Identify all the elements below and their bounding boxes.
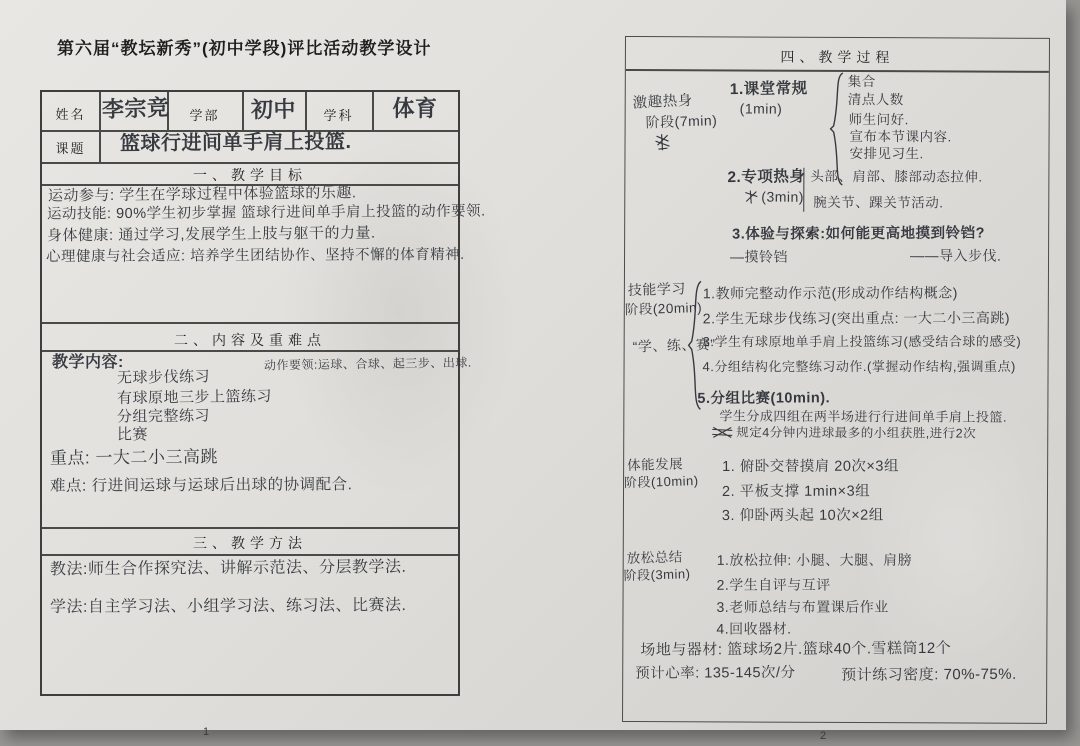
- topic-label: 课题: [42, 138, 99, 157]
- warmup-stage-time: 阶段(7min): [645, 112, 717, 130]
- skill-stage-label: 技能学习: [628, 280, 686, 298]
- teaching-methods-line: 教法:师生合作探究法、讲解示范法、分层教学法.: [50, 559, 407, 580]
- cooldown-stage-time: 阶段(3min): [623, 567, 690, 584]
- table-line: [42, 554, 458, 556]
- cooldown-item: 3.老师总结与布置课后作业: [717, 599, 889, 615]
- skill-step: 5.分组比赛(10min).: [697, 390, 830, 407]
- fitness-item: 1. 俯卧交替摸肩 20次×3组: [722, 459, 899, 476]
- routine-item-time: (1min): [740, 101, 783, 117]
- name-value: 李宗竞: [102, 95, 168, 123]
- dept-value: 初中: [242, 96, 305, 122]
- document-title: 第六届“教坛新秀”(初中学段)评比活动教学设计: [57, 34, 431, 59]
- content-item: 无球步伐练习: [117, 368, 210, 387]
- content-item: 有球原地三步上篮练习: [117, 388, 272, 407]
- topic-value: 篮球行进间单手肩上投篮.: [120, 131, 352, 156]
- name-label: 姓名: [42, 104, 99, 123]
- density-line: 预计练习密度: 70%-75%.: [841, 666, 1017, 684]
- skill-step: 2.学生无球步伐练习(突出重点: 一大二小三高跳): [703, 310, 1010, 327]
- cooldown-stage-label: 放松总结: [626, 549, 682, 566]
- table-line: [42, 350, 458, 352]
- section1-heading: 一、教学目标: [42, 165, 458, 185]
- routine-step: 宣布本节课内容.: [850, 129, 952, 145]
- table-line: [42, 162, 458, 164]
- cooldown-item: 1.放松拉伸: 小腿、大腿、肩膀: [717, 552, 912, 568]
- equipment-line: 场地与器材: 篮球场2片.篮球40个.雪糕筒12个: [640, 640, 951, 659]
- section2-heading: 二、内容及重难点: [42, 330, 458, 350]
- scribble-mark: [743, 190, 759, 206]
- routine-step: 安排见习生.: [849, 146, 923, 162]
- table-line: [42, 322, 458, 324]
- page-1: 第六届“教坛新秀”(初中学段)评比活动教学设计 姓名 李宗竞 学部 初中 学科 …: [0, 0, 520, 746]
- lesson-plan-table: 姓名 李宗竞 学部 初中 学科 体育 课题 篮球行进间单手肩上投篮. 一、教学目…: [40, 90, 460, 696]
- specific-warmup-title: 2.专项热身: [727, 168, 805, 187]
- action-key-note: 动作要领:运球、合球、起三步、出球.: [264, 357, 472, 374]
- scribble-mark: [653, 133, 671, 153]
- routine-step: 集合: [848, 74, 876, 90]
- routine-item-title: 1.课堂常规: [730, 80, 808, 99]
- page2-number: 2: [820, 730, 826, 742]
- specific-warmup-note: 腕关节、踝关节活动.: [813, 195, 943, 211]
- explore-right-note: ——导入步伐.: [910, 247, 1001, 263]
- subject-value: 体育: [372, 96, 458, 121]
- objective-line: 身体健康: 通过学习,发展学生上肢与躯干的力量.: [47, 225, 376, 245]
- table-line: [42, 527, 458, 529]
- skill-game-note: 规定4分钟内进球最多的小组获胜,进行2次: [736, 425, 976, 440]
- objective-line: 运动参与: 学生在学球过程中体验篮球的乐趣.: [48, 184, 357, 204]
- content-item: 分组完整练习: [117, 408, 210, 426]
- heart-rate-line: 预计心率: 135-145次/分: [635, 665, 795, 683]
- cooldown-item: 4.回收器材.: [716, 621, 791, 637]
- warmup-stage-label: 激趣热身: [632, 93, 693, 113]
- explore-left-note: —摸铃铛: [730, 248, 788, 264]
- emphasis-line: 重点: 一大二小三高跳: [50, 447, 218, 468]
- objective-line: 运动技能: 90%学生初步掌握 篮球行进间单手肩上投篮的动作要领.: [47, 203, 486, 223]
- scribble-mark: [710, 425, 734, 440]
- divider-stroke: [803, 168, 804, 212]
- fitness-stage-label: 体能发展: [627, 456, 683, 473]
- difficulty-line: 难点: 行进间运球与运球后出球的协调配合.: [50, 476, 353, 495]
- content-label: 教学内容:: [52, 354, 124, 372]
- subject-label: 学科: [305, 105, 372, 124]
- dept-label: 学部: [167, 105, 242, 124]
- routine-step: 师生问好.: [849, 112, 909, 128]
- section4-heading: 四、教学过程: [626, 46, 1049, 68]
- skill-step: 4.分组结构化完整练习动作.(掌握动作结构,强调重点): [703, 360, 1016, 375]
- skill-step: 3.学生有球原地单手肩上投篮练习(感受结合球的感受): [703, 335, 1022, 350]
- routine-step: 清点人数: [848, 92, 904, 108]
- table-line: [99, 92, 101, 162]
- learning-methods-line: 学法:自主学习法、小组学习法、练习法、比赛法.: [50, 597, 406, 617]
- specific-warmup-time: (3min): [761, 189, 804, 205]
- specific-warmup-note: 头部、肩部、膝部动态拉伸.: [810, 169, 982, 185]
- page1-number: 1: [203, 726, 209, 738]
- content-item: 比赛: [117, 426, 148, 443]
- page-2: 四、教学过程 激趣热身 阶段(7min) 1.课堂常规 (1min) 集合 清点…: [622, 36, 1050, 724]
- explore-item-title: 3.体验与探索:如何能更高地摸到铃铛?: [732, 225, 985, 243]
- skill-step: 1.教师完整动作示范(形成动作结构概念): [703, 285, 958, 302]
- fitness-item: 3. 仰卧两头起 10次×2组: [722, 508, 884, 525]
- objective-line: 心理健康与社会适应: 培养学生团结协作、坚持不懈的体育精神.: [46, 247, 465, 266]
- fitness-item: 2. 平板支撑 1min×3组: [722, 484, 870, 501]
- fitness-stage-time: 阶段(10min): [624, 474, 699, 491]
- cooldown-item: 2.学生自评与互评: [717, 577, 831, 593]
- section3-heading: 三、教学方法: [42, 533, 458, 553]
- skill-game-note: 学生分成四组在两半场进行行进间单手肩上投篮.: [719, 409, 1007, 425]
